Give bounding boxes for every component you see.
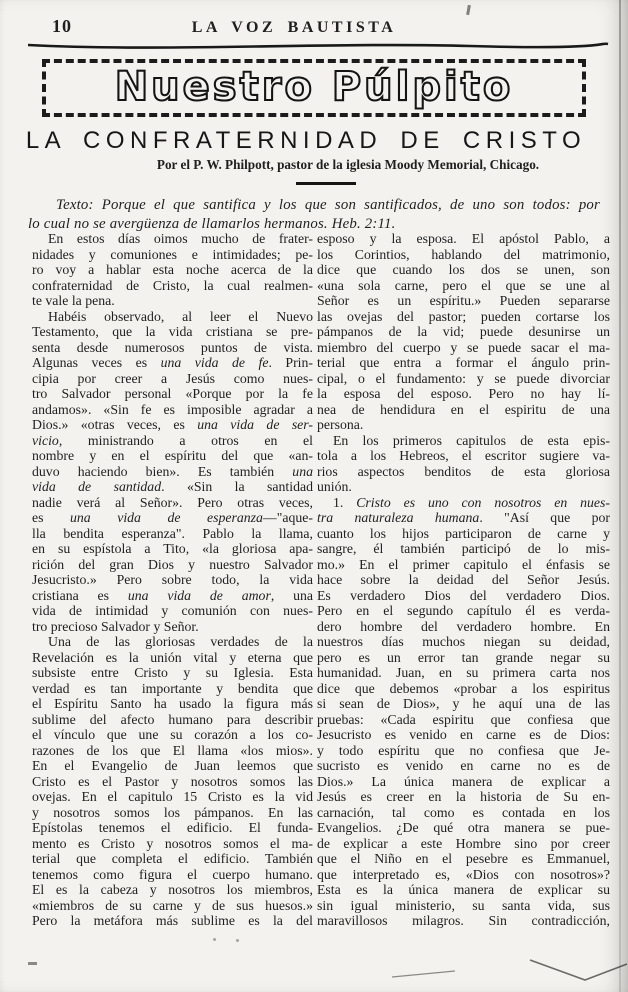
text-line: ovejas. En el capitulo 15 Cristo es la v…	[32, 789, 313, 805]
text-line: Texto: Porque el que santifica y los que…	[28, 196, 600, 215]
text-line: cipia por creer a Jesús como nues-	[32, 371, 313, 387]
text-line: terial que completa el edificio. También	[32, 851, 313, 867]
text-line: pámpanos de la vid; puede desunirse un	[317, 324, 610, 340]
column-right: esposo y la esposa. El apóstol Pablo, al…	[317, 231, 610, 929]
text-line: El es la cabeza y nosotros los miembros,	[32, 882, 313, 898]
text-line: el Espíritu Santo ha usado la figura más	[32, 696, 313, 712]
scan-artifact-dash	[28, 962, 37, 965]
text-line: dice que cuando los dos se unen, son	[317, 262, 610, 278]
text-line: sucristo es venido en carne no es de	[317, 758, 610, 774]
text-line: subsiste entre Cristo y su Iglesia. Esta	[32, 665, 313, 681]
paragraph: 1. Cristo es uno con nosotros en nues-tr…	[317, 495, 610, 929]
paragraph: En los primeros capitulos de esta epis-t…	[317, 433, 610, 495]
text-line: cristiana es una vida de amor, una	[32, 588, 313, 604]
text-line: En estos días oimos mucho de frater-	[32, 231, 313, 247]
text-line: dice que debemos «probar a los espiritus	[317, 681, 610, 697]
text-line: lla bendita esperanza". Pablo la llama,	[32, 526, 313, 542]
article-byline: Por el P. W. Philpott, pastor de la igle…	[34, 157, 628, 173]
text-line: En los primeros capitulos de esta epis-	[317, 433, 610, 449]
text-line: ro voy a hablar esta noche acerca de la	[32, 262, 313, 278]
text-line: unión.	[317, 479, 610, 495]
text-line: nidades y comuniones e intimidades; pe-	[32, 247, 313, 263]
text-line: rición del gran Dios y nuestro Salvador	[32, 557, 313, 573]
text-line: maravillosos milagros. Sin contradicción…	[317, 913, 610, 929]
text-line: carnación, tal como es contada en los	[317, 805, 610, 821]
text-line: humanidad. Juan, en su primera carta nos	[317, 665, 610, 681]
text-line: y todo espíritu que no confiesa que Je-	[317, 743, 610, 759]
text-line: en su espístola a Tito, «la gloriosa apa…	[32, 541, 313, 557]
masthead-box: Nuestro Púlpito	[42, 59, 586, 117]
text-line: razones de los que El llama «los mios».	[32, 743, 313, 759]
text-line: cuanto los hijos participaron de carne y	[317, 526, 610, 542]
text-line: Jesucristo es venido en carne es de Dios…	[317, 727, 610, 743]
text-line: hace sobre la deidad del Señor Jesús.	[317, 572, 610, 588]
text-line: Evangelios. ¿De qué otra manera se pue-	[317, 820, 610, 836]
text-line: Pero la metáfora más sublime es la del	[32, 913, 313, 929]
text-line: terial que entra a formar el ángulo prin…	[317, 355, 610, 371]
text-line: «una sola carne, pero el que se une al	[317, 278, 610, 294]
text-line: Esta es la única manera de explicar su	[317, 882, 610, 898]
text-line: sublime del afecto humano para describir	[32, 712, 313, 728]
text-line: 1. Cristo es uno con nosotros en nues-	[317, 495, 610, 511]
text-line: Dios.» «otras veces, es una vida de ser-	[32, 417, 313, 433]
text-line: si sean de Dios», y he aquí una de las	[317, 696, 610, 712]
journal-title: LA VOZ BAUTISTA	[0, 19, 588, 37]
page-edge-line	[619, 0, 621, 992]
header-rule	[0, 36, 628, 56]
text-line: tola a los Hebreos, el escritor sugiere …	[317, 448, 610, 464]
text-line: Dios.» La única manera de explicar a	[317, 774, 610, 790]
text-line: Jesucristo.» Pero sobre todo, la vida	[32, 572, 313, 588]
text-line: «miembros de su carne y de sus huesos.»	[32, 898, 313, 914]
text-line: te vale la pena.	[32, 293, 313, 309]
text-line: verdad es tan importante y bendita que	[32, 681, 313, 697]
text-line: nadie verá al Señor». Pero otras veces,	[32, 495, 313, 511]
masthead-title: Nuestro Púlpito	[115, 64, 514, 110]
text-line: andamos». «Sin fe es imposible agradar a	[32, 402, 313, 418]
scripture-epigraph: Texto: Porque el que santifica y los que…	[28, 196, 600, 233]
text-line: duvo haciendo bien». Es también una	[32, 464, 313, 480]
text-line: tra naturaleza humana. "Así que por	[317, 510, 610, 526]
text-line: vida de santidad. «Sin la santidad	[32, 479, 313, 495]
text-line: Habéis observado, al leer el Nuevo	[32, 309, 313, 325]
scan-artifact-fold	[380, 948, 628, 992]
paragraph: esposo y la esposa. El apóstol Pablo, al…	[317, 231, 610, 433]
text-line: que el Niño en el pesebre es Emmanuel,	[317, 851, 610, 867]
paragraph: Habéis observado, al leer el NuevoTestam…	[32, 309, 313, 635]
text-line: las ovejas del pastor; pueden cortarse l…	[317, 309, 610, 325]
text-line: esposo y la esposa. El apóstol Pablo, a	[317, 231, 610, 247]
text-line: mento es Cristo y nosotros somos el ma-	[32, 836, 313, 852]
text-line: persona.	[317, 417, 610, 433]
column-left: En estos días oimos mucho de frater-nida…	[32, 231, 313, 929]
paragraph: Texto: Porque el que santifica y los que…	[28, 196, 600, 233]
text-line: sin igual ministerio, su santa vida, sus	[317, 898, 610, 914]
text-line: En el Evangelio de Juan leemos que	[32, 758, 313, 774]
text-line: cipal, o el fundamento: y se puede divor…	[317, 371, 610, 387]
scan-artifact-dot	[236, 939, 239, 942]
text-line: Pero en el segundo capítulo él es verda-	[317, 603, 610, 619]
text-line: Una de las gloriosas verdades de la	[32, 634, 313, 650]
text-line: los Corintios, hablando del matrimonio,	[317, 247, 610, 263]
text-line: Testamento, que la vida cristiana se pre…	[32, 324, 313, 340]
text-line: tro precioso Salvador y Señor.	[32, 619, 313, 635]
paragraph: Una de las gloriosas verdades de laRevel…	[32, 634, 313, 929]
text-line: Señor es un espíritu.» Pueden separarse	[317, 293, 610, 309]
text-line: dero hombre del verdadero hombre. En	[317, 619, 610, 635]
text-line: Cristo es el Pastor y nosotros somos las	[32, 774, 313, 790]
text-line: y nosotros somos los pámpanos. En las	[32, 805, 313, 821]
text-line: mo.» En el primer capitulo el énfasis se	[317, 557, 610, 573]
text-line: rios aspectos benditos de esta gloriosa	[317, 464, 610, 480]
text-line: miembro del cuerpo y se puede sacar el m…	[317, 340, 610, 356]
text-line: es una vida de esperanza—"aque-	[32, 510, 313, 526]
text-line: pero es un error tan grande negar su	[317, 650, 610, 666]
text-line: tenemos como figura el cuerpo humano.	[32, 867, 313, 883]
text-line: la esposa del esposo. Pero no hay lí-	[317, 386, 610, 402]
text-line: vida de intimidad y comunión con nues-	[32, 603, 313, 619]
article-title: LA CONFRATERNIDAD DE CRISTO	[0, 127, 612, 155]
text-line: Jesús es creer en la historia de Su en-	[317, 789, 610, 805]
text-line: vicio, ministrando a otros en el	[32, 433, 313, 449]
text-line: nuestros días muchos niegan su deidad,	[317, 634, 610, 650]
text-line: sangre, él también participó de lo mis-	[317, 541, 610, 557]
text-line: Epístolas tenemos el edificio. El funda-	[32, 820, 313, 836]
text-line: de explicar a este Hombre sino por creer	[317, 836, 610, 852]
text-line: pruebas: «Cada espiritu que confiesa que	[317, 712, 610, 728]
divider-rule	[296, 182, 356, 185]
magazine-page: 10 LA VOZ BAUTISTA Nuestro Púlpito LA CO…	[0, 0, 628, 992]
text-line: Algunas veces es una vida de fe. Prin-	[32, 355, 313, 371]
text-line: Es verdadero Dios del verdadero Dios.	[317, 588, 610, 604]
text-line: nea de hendidura en el espiritu de una	[317, 402, 610, 418]
text-line: nombre y en el espíritu del que «an-	[32, 448, 313, 464]
paragraph: En estos días oimos mucho de frater-nida…	[32, 231, 313, 309]
text-line: confraternidad de Cristo, la cual realme…	[32, 278, 313, 294]
scan-artifact-dot	[213, 938, 216, 941]
text-line: el vínculo que une su corazón a los co-	[32, 727, 313, 743]
text-line: Revelación es la unión vital y eterna qu…	[32, 650, 313, 666]
text-line: que interpretado es, «Dios con nosotros»…	[317, 867, 610, 883]
text-line: senta desde numerosos puntos de vista.	[32, 340, 313, 356]
scan-artifact-tick	[466, 5, 471, 15]
text-line: tro Salvador personal «Porque por la fe	[32, 386, 313, 402]
